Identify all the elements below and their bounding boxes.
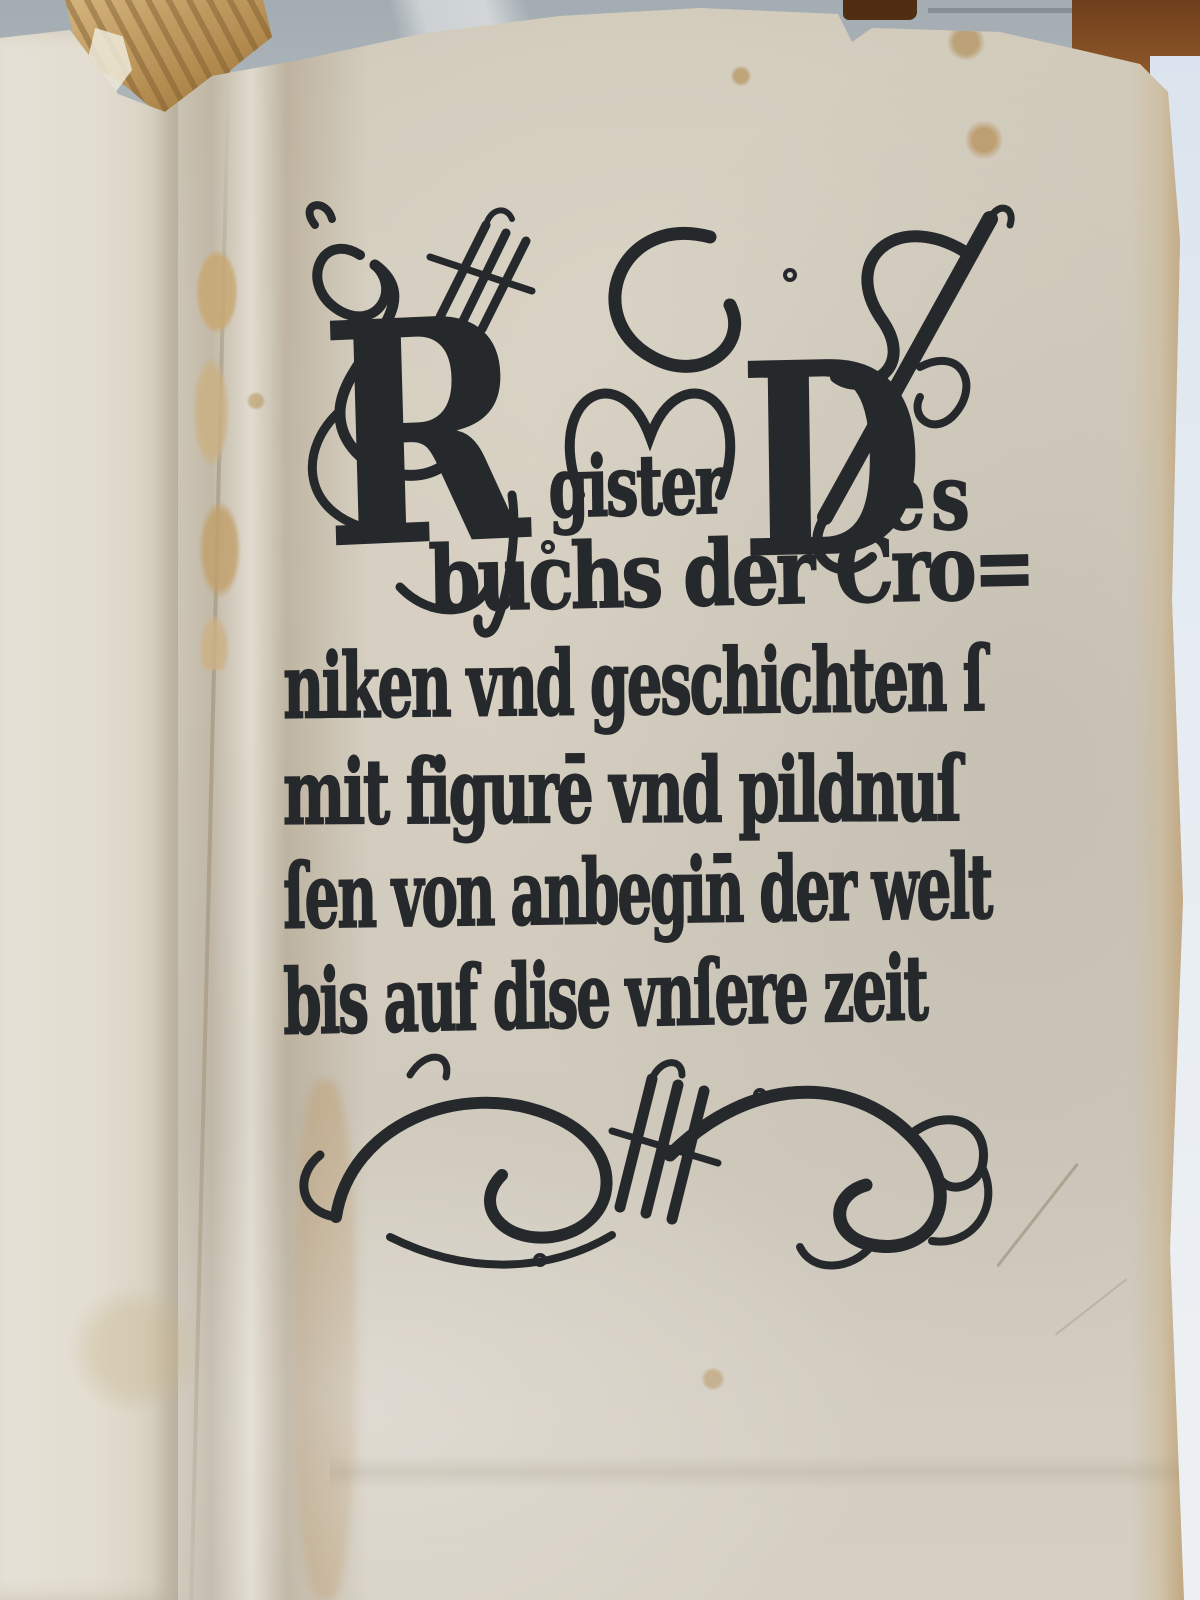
crease-crack [1055, 1279, 1127, 1336]
foxing-stain [966, 118, 1002, 162]
horizontal-crease [330, 1455, 1186, 1489]
book-page: R gister D es buchs der Cro= niken vnd g… [0, 0, 1186, 1600]
foxing-stain [60, 1290, 210, 1410]
foxing-stain [730, 66, 752, 86]
photo-of-antique-book-page: R gister D es buchs der Cro= niken vnd g… [0, 0, 1200, 1600]
foxing-stain [246, 392, 266, 410]
calligraphic-flourish-bottom [290, 1035, 1035, 1280]
title-line: bis auf dise vnſere zeit [283, 943, 927, 1047]
gutter-damage [188, 240, 246, 670]
title-line: niken vnd geschichten ſ [283, 634, 985, 731]
title-line: ſen von anbegin̄ der welt [283, 842, 991, 941]
foxing-stain [700, 1368, 726, 1390]
title-line: mit figurē vnd pildnuſ [283, 744, 960, 837]
table-edge-line [928, 8, 1088, 13]
binding-fragment [843, 0, 917, 20]
title-word-gister: gister [548, 444, 723, 532]
foxing-stain [946, 24, 986, 60]
title-line: buchs der Cro= [428, 523, 1033, 625]
